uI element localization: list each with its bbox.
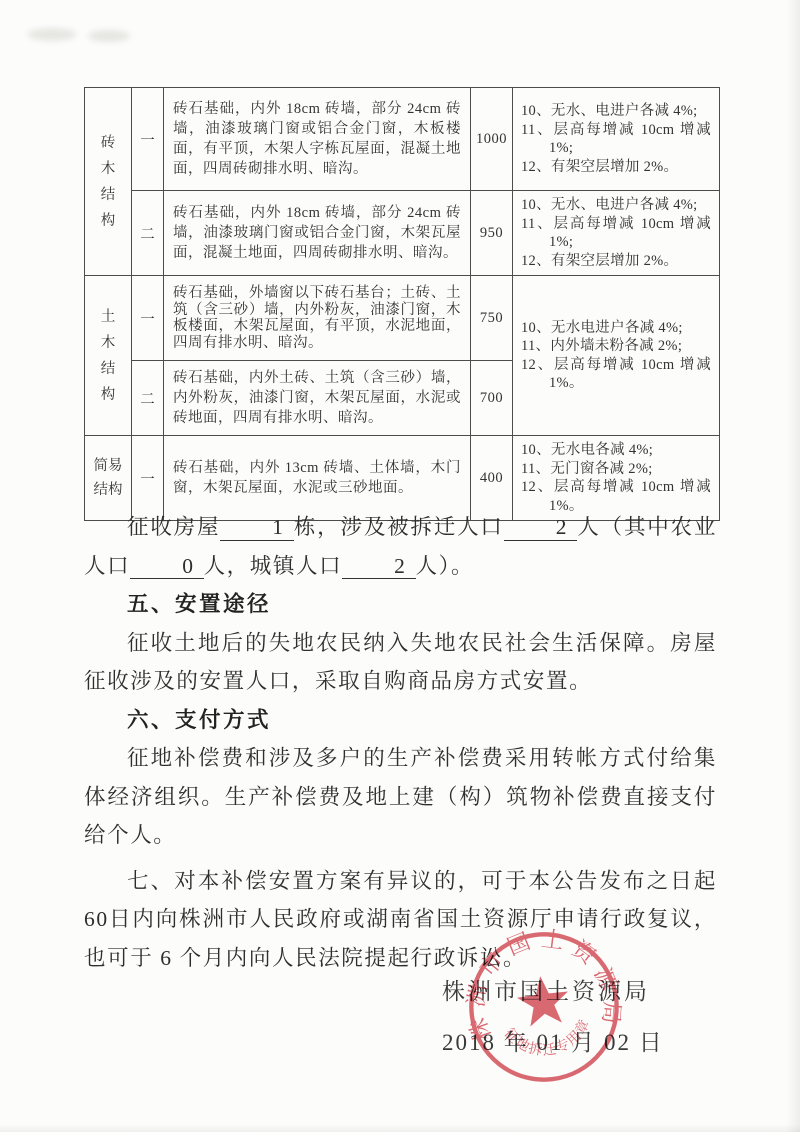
note-item: 12、有架空层增加 2%。 — [521, 158, 711, 177]
category-cell: 砖木结构 — [85, 88, 132, 276]
section6-heading: 六、支付方式 — [84, 701, 717, 740]
scan-smudge — [88, 30, 130, 42]
notes-cell: 10、无水、电进户各减 4%; 11、层高每增减 10cm 增减 1%; 12、… — [513, 88, 720, 191]
category-label: 土木结构 — [100, 304, 116, 408]
table-row: 砖木结构 一 砖石基础，内外 18cm 砖墙，部分 24cm 砖墙，油漆玻璃门窗… — [85, 88, 720, 191]
note-item: 10、无水电进户各减 4%; — [521, 319, 711, 338]
note-item: 11、层高每增减 10cm 增减 1%; — [521, 215, 711, 252]
grade-cell: 二 — [132, 191, 164, 276]
document-page: 砖木结构 一 砖石基础，内外 18cm 砖墙，部分 24cm 砖墙，油漆玻璃门窗… — [0, 0, 800, 1132]
section6-paragraph: 征地补偿费和涉及多户的生产补偿费采用转帐方式付给集体经济组织。生产补偿费及地上建… — [84, 739, 717, 855]
price-cell: 700 — [471, 361, 513, 436]
section5-paragraph: 征收土地后的失地农民纳入失地农民社会生活保障。房屋征收涉及的安置人口，采取自购商… — [84, 624, 717, 701]
compensation-table: 砖木结构 一 砖石基础，内外 18cm 砖墙，部分 24cm 砖墙，油漆玻璃门窗… — [84, 87, 720, 521]
note-item: 10、无水电各减 4%; — [521, 441, 711, 460]
svg-text:征地拆迁专用章: 征地拆迁专用章 — [500, 1015, 597, 1064]
category-cell: 土木结构 — [85, 276, 132, 436]
census-text: 栋，涉及被拆迁人口 — [294, 515, 504, 539]
census-text: 人，城镇人口 — [204, 554, 343, 578]
census-text: 征收房屋 — [127, 515, 220, 539]
houses-count: 1 — [220, 516, 293, 541]
grade-cell: 一 — [132, 88, 164, 191]
document-body: 征收房屋1栋，涉及被拆迁人口2人（其中农业人口0人，城镇人口2人）。 五、安置途… — [84, 508, 717, 977]
section5-heading: 五、安置途径 — [84, 585, 717, 624]
note-item: 11、层高每增减 10cm 增减 1%; — [521, 121, 711, 158]
seal-bottom-text: 征地拆迁专用章 — [500, 1015, 597, 1064]
grade-cell: 二 — [132, 361, 164, 436]
census-paragraph: 征收房屋1栋，涉及被拆迁人口2人（其中农业人口0人，城镇人口2人）。 — [84, 508, 717, 585]
scan-edge-shadow — [786, 0, 800, 1132]
price-cell: 750 — [471, 276, 513, 361]
table-row: 土木结构 一 砖石基础，外墙窗以下砖石基台；土砖、土筑（含三砂）墙，内外粉灰，油… — [85, 276, 720, 361]
section7-paragraph: 七、对本补偿安置方案有异议的，可于本公告发布之日起60日内向株洲市人民政府或湖南… — [84, 862, 717, 978]
category-label: 简易结构 — [92, 454, 125, 502]
price-cell: 950 — [471, 191, 513, 276]
notes-cell: 10、无水、电进户各减 4%; 11、层高每增减 10cm 增减 1%; 12、… — [513, 191, 720, 276]
urban-count: 2 — [342, 555, 415, 580]
note-item: 12、层高每增减 10cm 增减 1%。 — [521, 356, 711, 393]
note-item: 12、有架空层增加 2%。 — [521, 252, 711, 271]
description-cell: 砖石基础，内外 18cm 砖墙，部分 24cm 砖墙，油漆玻璃门窗或铝合金门窗，… — [164, 88, 471, 191]
table-row: 二 砖石基础，内外 18cm 砖墙，部分 24cm 砖墙，油漆玻璃门窗或铝合金门… — [85, 191, 720, 276]
relocated-count: 2 — [504, 516, 577, 541]
agricultural-count: 0 — [130, 555, 203, 580]
description-cell: 砖石基础，内外土砖、土筑（含三砂）墙，内外粉灰，油漆门窗，木架瓦屋面，水泥或砖地… — [164, 361, 471, 436]
scan-edge-shadow — [0, 1124, 800, 1132]
notes-cell: 10、无水电进户各减 4%; 11、内外墙未粉各减 2%; 12、层高每增减 1… — [513, 276, 720, 436]
scan-smudge — [28, 28, 76, 41]
note-item: 10、无水、电进户各减 4%; — [521, 102, 711, 121]
grade-cell: 一 — [132, 276, 164, 361]
note-item: 10、无水、电进户各减 4%; — [521, 196, 711, 215]
category-label: 砖木结构 — [100, 130, 116, 234]
price-cell: 1000 — [471, 88, 513, 191]
note-item: 11、无门窗各减 2%; — [521, 460, 711, 479]
description-cell: 砖石基础，外墙窗以下砖石基台；土砖、土筑（含三砂）墙，内外粉灰，油漆门窗，木板楼… — [164, 276, 471, 361]
description-cell: 砖石基础，内外 18cm 砖墙，部分 24cm 砖墙，油漆玻璃门窗或铝合金门窗，… — [164, 191, 471, 276]
official-seal: 株洲市国土资源局 征地拆迁专用章 — [452, 915, 637, 1100]
note-item: 11、内外墙未粉各减 2%; — [521, 337, 711, 356]
seal-star-icon — [515, 973, 572, 1028]
census-text: 人）。 — [416, 554, 475, 578]
